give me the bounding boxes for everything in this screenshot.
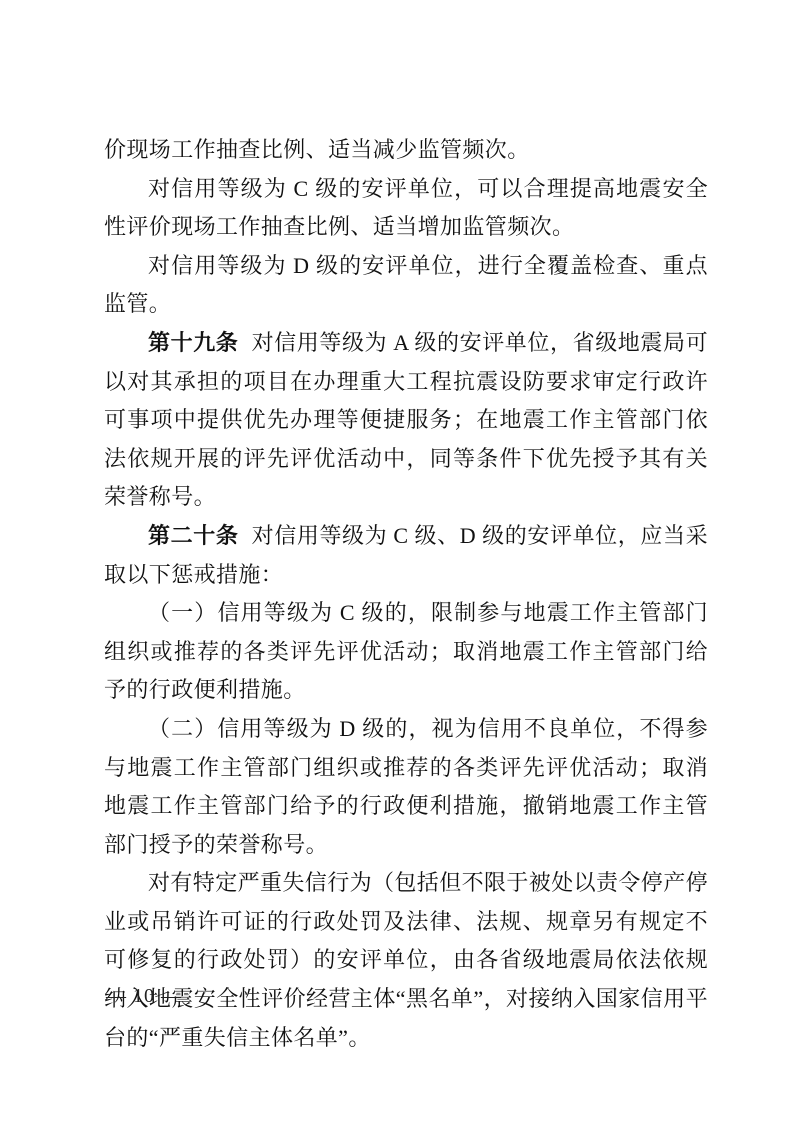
paragraph-item-1: （一）信用等级为 C 级的，限制参与地震工作主管部门组织或推荐的各类评先评优活动… <box>104 594 708 710</box>
document-body: 价现场工作抽查比例、适当减少监管频次。 对信用等级为 C 级的安评单位，可以合理… <box>104 131 708 1057</box>
paragraph-continuation: 价现场工作抽查比例、适当减少监管频次。 <box>104 131 708 170</box>
article-19-text: 对信用等级为 A 级的安评单位，省级地震局可以对其承担的项目在办理重大工程抗震设… <box>104 330 708 509</box>
paragraph-blacklist: 对有特定严重失信行为（包括但不限于被处以责令停产停业或吊销许可证的行政处罚及法律… <box>104 864 708 1057</box>
document-page: 价现场工作抽查比例、适当减少监管频次。 对信用等级为 C 级的安评单位，可以合理… <box>0 0 793 1122</box>
paragraph-credit-c: 对信用等级为 C 级的安评单位，可以合理提高地震安全性评价现场工作抽查比例、适当… <box>104 170 708 247</box>
paragraph-item-2: （二）信用等级为 D 级的，视为信用不良单位，不得参与地震工作主管部门组织或推荐… <box>104 710 708 864</box>
paragraph-credit-d: 对信用等级为 D 级的安评单位，进行全覆盖检查、重点监管。 <box>104 247 708 324</box>
article-19-paragraph: 第十九条对信用等级为 A 级的安评单位，省级地震局可以对其承担的项目在办理重大工… <box>104 324 708 517</box>
article-19-heading: 第十九条 <box>148 330 238 355</box>
article-20-paragraph: 第二十条对信用等级为 C 级、D 级的安评单位，应当采取以下惩戒措施： <box>104 517 708 594</box>
article-20-heading: 第二十条 <box>148 523 238 548</box>
page-number: — 10 — <box>106 983 182 1009</box>
